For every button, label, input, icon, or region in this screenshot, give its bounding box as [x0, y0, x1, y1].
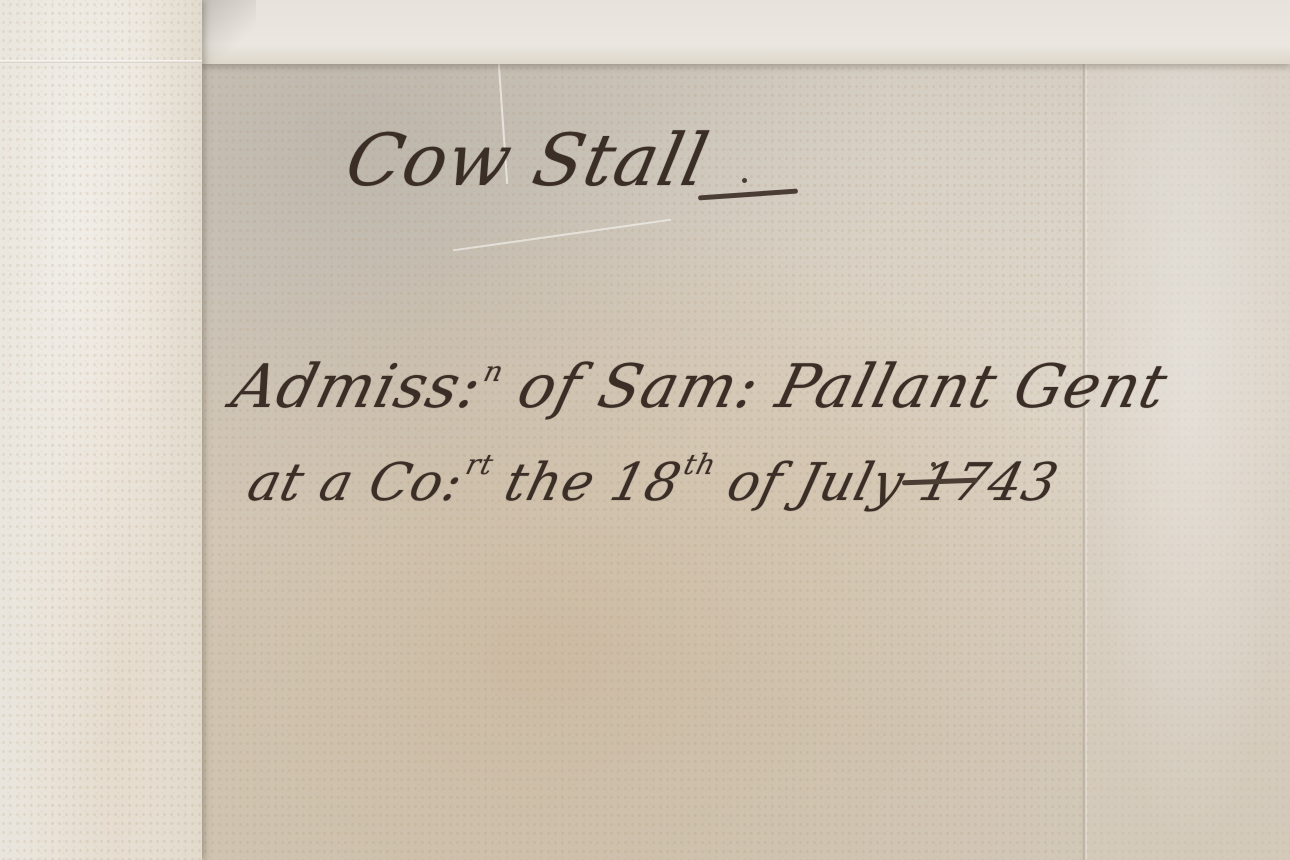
- paper-crease: [453, 219, 671, 252]
- flap-crease: [0, 60, 202, 63]
- line2-flourish-dot: [931, 462, 936, 467]
- line2-day-superscript: th: [680, 448, 720, 481]
- heading-flourish-dot: [742, 178, 747, 183]
- line2-prefix: at a Co:: [242, 453, 470, 513]
- top-folded-flap: [196, 0, 1290, 64]
- line2-date-day: the 18: [499, 453, 688, 513]
- line2-date-rest: of July 1743: [721, 453, 1064, 513]
- flap-texture: [0, 0, 202, 860]
- manuscript-heading: Cow Stall: [339, 118, 716, 202]
- flap-shadow: [196, 0, 256, 64]
- right-fold-panel: [1088, 64, 1290, 860]
- manuscript-photo: Cow Stall Admiss:n of Sam: Pallant Gent …: [0, 0, 1290, 860]
- line1-word-admission: Admiss:: [225, 352, 489, 422]
- left-folded-flap: [0, 0, 202, 860]
- line1-rest: of Sam: Pallant Gent: [511, 352, 1175, 422]
- manuscript-line-1: Admiss:n of Sam: Pallant Gent: [225, 352, 1174, 422]
